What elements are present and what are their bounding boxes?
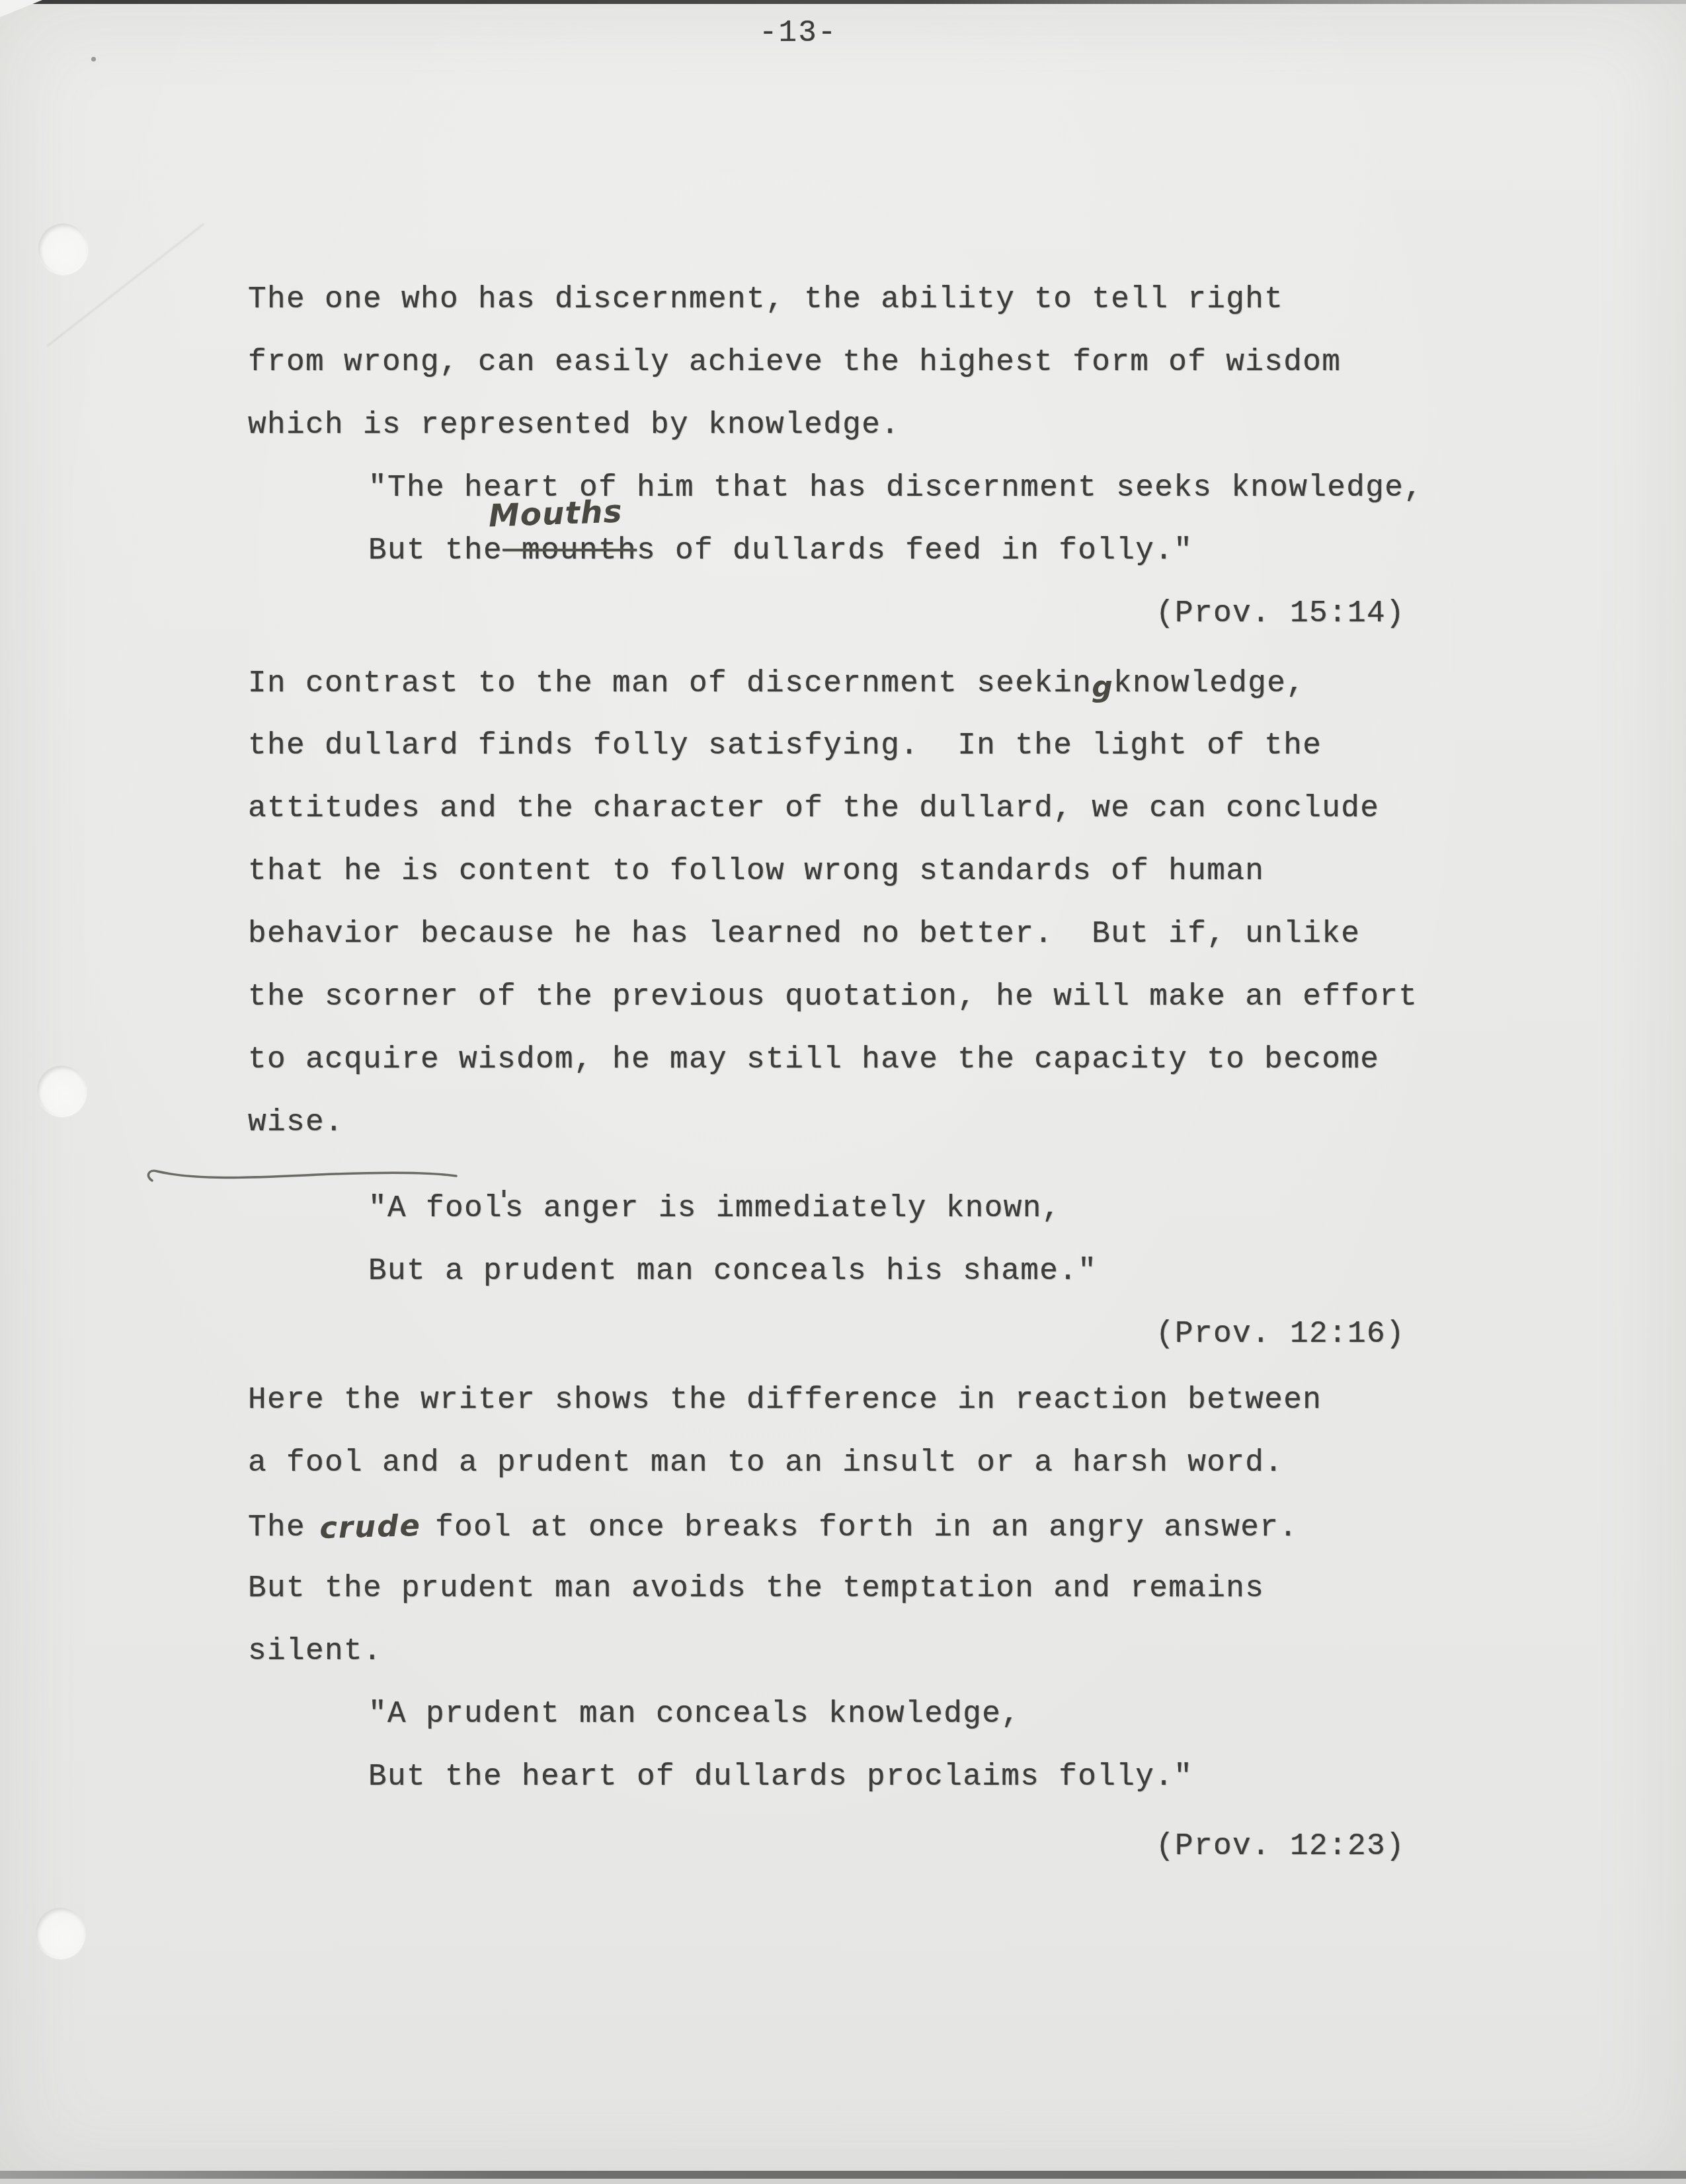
quote-line: But the heart of dullards proclaims foll… — [368, 1762, 1193, 1792]
quote-line: But a prudent man conceals his shame." — [368, 1256, 1097, 1286]
typed-segment: But the — [368, 533, 502, 568]
typed-line: to acquire wisdom, he may still have the… — [248, 1044, 1379, 1075]
typed-line: Here the writer shows the difference in … — [248, 1385, 1322, 1415]
typed-line: from wrong, can easily achieve the highe… — [248, 347, 1341, 377]
attribution-line: (Prov. 15:14) — [1156, 598, 1405, 629]
punch-hole-top — [38, 223, 87, 274]
typed-line: But the prudent man avoids the temptatio… — [248, 1573, 1264, 1604]
typed-line: silent. — [248, 1636, 382, 1666]
typed-segment: In contrast to the man of discernment se… — [248, 666, 1092, 701]
pen-strikethrough-word: mounth — [502, 533, 637, 568]
typed-line-with-insertion: In contrast to the man of discernment se… — [248, 668, 1305, 699]
typed-line: The one who has discernment, the ability… — [248, 284, 1283, 315]
typed-segment: fool at once breaks forth in an angry an… — [435, 1510, 1298, 1545]
typed-line: behavior because he has learned no bette… — [248, 919, 1360, 949]
typed-segment: s anger is immediately known, — [505, 1191, 1061, 1226]
pen-underline — [143, 1158, 462, 1189]
typed-line: which is represented by knowledge. — [248, 410, 900, 440]
attribution-line: (Prov. 12:23) — [1156, 1831, 1405, 1861]
typed-line: that he is content to follow wrong stand… — [248, 856, 1264, 886]
handwritten-correction-mouths: Mouths — [488, 496, 623, 531]
quote-line: "A prudent man conceals knowledge, — [368, 1699, 1020, 1729]
typed-line: the scorner of the previous quotation, h… — [248, 982, 1418, 1012]
quote-line-with-apostrophe: "A fool's anger is immediately known, — [368, 1193, 1061, 1224]
punch-hole-middle — [37, 1066, 86, 1116]
typed-segment: knowledge, — [1113, 666, 1305, 701]
typed-segment: The — [248, 1510, 305, 1545]
handwritten-apostrophe: ' — [500, 1188, 509, 1214]
typed-line: attitudes and the character of the dulla… — [248, 793, 1379, 824]
scan-bottom-backing — [0, 2179, 1686, 2184]
typed-line-with-insertion: Thecrudefool at once breaks forth in an … — [248, 1510, 1298, 1543]
typed-line: the dullard finds folly satisfying. In t… — [248, 730, 1322, 761]
attribution-line: (Prov. 12:16) — [1156, 1319, 1405, 1349]
scan-top-edge — [0, 0, 1686, 4]
scanned-document-page: -13- The one who has discernment, the ab… — [0, 0, 1686, 2184]
paper-speck — [91, 57, 96, 61]
page-number: -13- — [759, 16, 837, 50]
typed-segment: s of dullards feed in folly." — [637, 533, 1193, 568]
scan-bottom-edge — [0, 2171, 1686, 2179]
quote-line-with-correction: But the mounths of dullards feed in foll… — [368, 535, 1193, 566]
typed-line: a fool and a prudent man to an insult or… — [248, 1448, 1283, 1478]
punch-hole-bottom — [36, 1908, 85, 1958]
typed-line: wise. — [248, 1107, 344, 1138]
typed-segment: "A fool — [368, 1191, 502, 1226]
handwritten-letter-g: g — [1092, 673, 1113, 702]
handwritten-word-crude: crude — [305, 1510, 436, 1543]
